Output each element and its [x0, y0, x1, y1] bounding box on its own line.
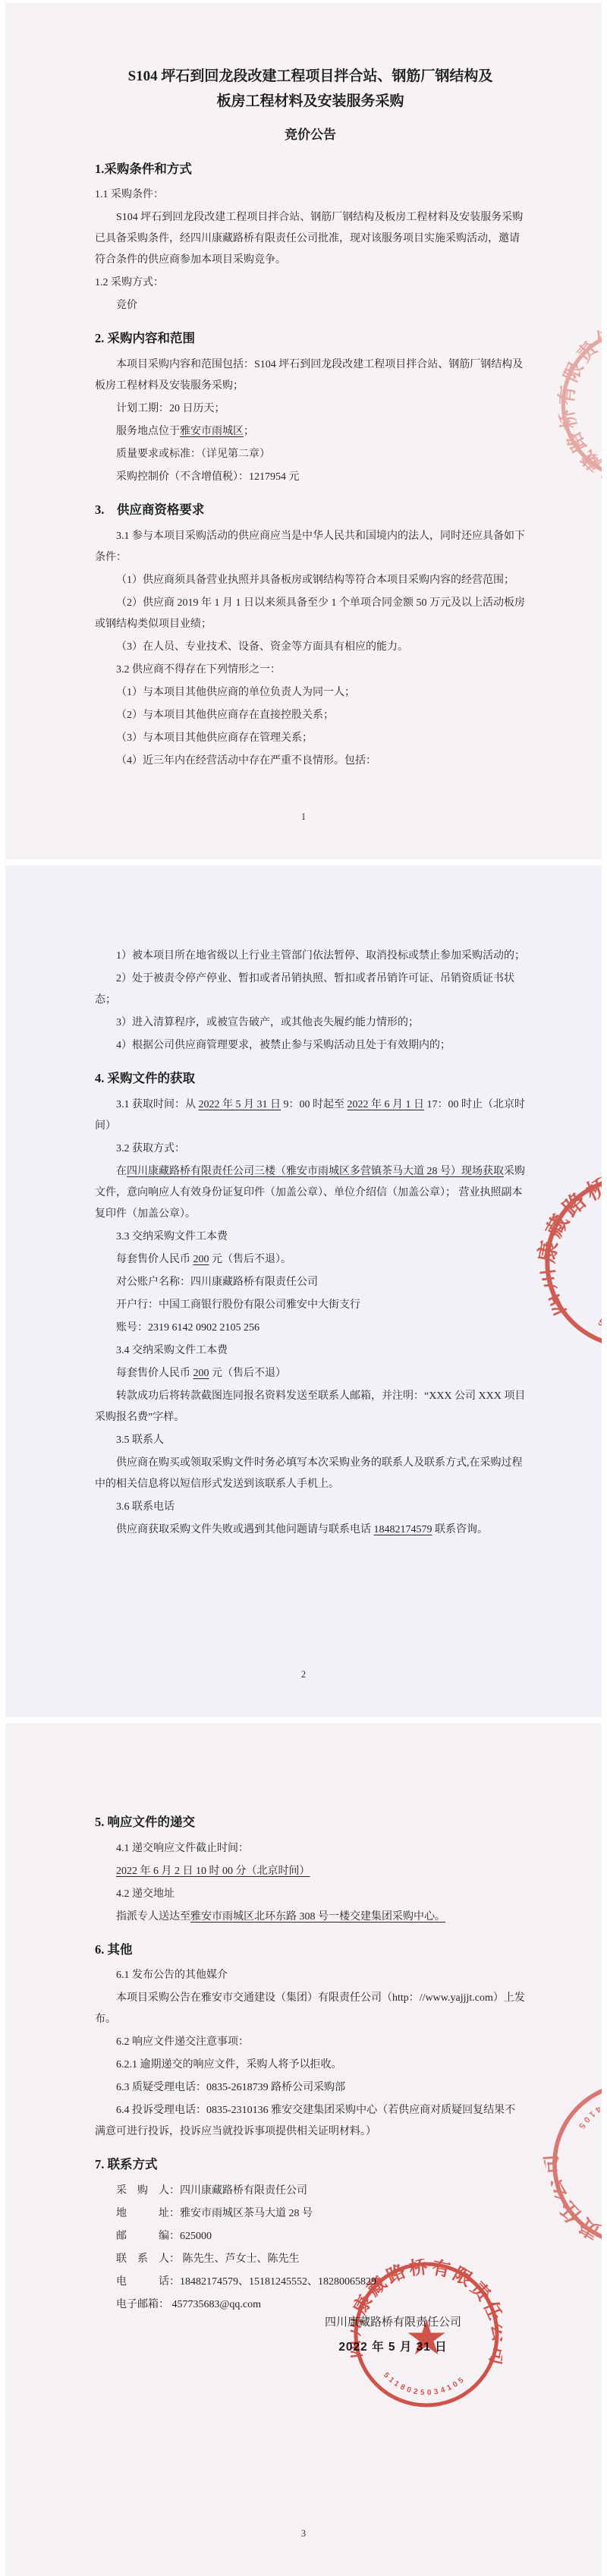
svg-text:四川康藏路桥有限责任公司: 四川康藏路桥有限责任公司	[517, 1148, 602, 1329]
scanned-document: S104 坪石到回龙段改建工程项目拌合站、钢筋厂钢结构及 板房工程材料及安装服务…	[0, 0, 607, 2576]
svg-text:5118025034105: 5118025034105	[572, 2082, 602, 2137]
fee1-amount: 200	[193, 1254, 209, 1265]
paragraph-3-1-3: （3）在人员、专业技术、设备、资金等方面具有相应的能力。	[95, 637, 526, 658]
contact-purchaser: 采 购 人：四川康藏路桥有限责任公司	[95, 2181, 526, 2202]
paragraph-3-2-4: （4）近三年内在经营活动中存在严重不良情形。包括：	[95, 751, 526, 772]
contact-postcode: 邮 编：625000	[95, 2226, 526, 2247]
paragraph-q3: 3）进入清算程序，或被宣告破产，或其他丧失履约能力情形的；	[95, 1012, 526, 1034]
title-line-1: S104 坪石到回龙段改建工程项目拌合站、钢筋厂钢结构及	[95, 64, 526, 89]
location-punct: ；	[244, 426, 254, 437]
paragraph-submit-addr-label: 4.2 递交地址	[95, 1884, 526, 1905]
paragraph-contact-note: 供应商在购买或领取采购文件时务必填写本次采购业务的联系人及联系方式,在采购过程中…	[95, 1453, 526, 1495]
heading-section-1: 1.采购条件和方式	[95, 158, 526, 181]
svg-text:5118025034105: 5118025034105	[594, 1289, 602, 1349]
fee2-pre: 每套售价人民币	[116, 1368, 193, 1379]
paragraph-fee-1: 每套售价人民币 200 元（售后不退）。	[95, 1249, 526, 1271]
svg-text:四川康藏路桥有限责任公司: 四川康藏路桥有限责任公司	[551, 318, 602, 491]
paragraph-query-phone: 6.3 质疑受理电话：0835-2618739 路桥公司采购部	[95, 2077, 526, 2099]
seal-company-text: 四川康藏路桥有限责任公司	[551, 318, 602, 491]
submit-addr-pre: 指派专人送达至	[116, 1911, 190, 1923]
obtain-time-end: 2022 年 6 月 1 日	[348, 1099, 425, 1110]
seal-code-text: 5118025034105	[572, 2082, 602, 2137]
paragraph-3-1-2: （2）供应商 2019 年 1 月 1 日以来须具备至少 1 个单项合同金额 5…	[95, 593, 526, 635]
paragraph-3-1-1: （1）供应商须具备营业执照并具备板房或钢结构等符合本项目采购内容的经营范围；	[95, 570, 526, 591]
heading-section-6: 6. 其他	[95, 1938, 526, 1961]
paragraph-complaint-phone: 6.4 投诉受理电话：0835-2310136 雅安交建集团采购中心（若供应商对…	[95, 2100, 526, 2143]
obtain-time-mid: 9：00 时起至	[281, 1099, 348, 1110]
paragraph-purchase-conditions: S104 坪石到回龙段改建工程项目拌合站、钢筋厂钢结构及板房工程材料及安装服务采…	[95, 207, 526, 271]
paragraph-bank: 开户行：中国工商银行股份有限公司雅安中大街支行	[95, 1295, 526, 1316]
deadline-datetime: 2022 年 6 月 2 日 10 时 00 分（北京时间）	[116, 1866, 310, 1877]
submit-addr-underlined: 雅安市雨城区北环东路 308 号一楼交建集团采购中心。	[190, 1911, 445, 1923]
fee1-post: 元（售后不退）。	[209, 1254, 292, 1265]
paragraph-3-2-2: （2）与本项目其他供应商存在直接控股关系；	[95, 705, 526, 726]
heading-section-7: 7. 联系方式	[95, 2153, 526, 2176]
seal-company-text: 四川康藏路桥有限责任公司	[517, 1148, 602, 1329]
paragraph-obtain-way: 在四川康藏路桥有限责任公司三楼（雅安市雨城区多营镇茶马大道 28 号）现场获取采…	[95, 1161, 526, 1225]
paragraph-obtain-time: 3.1 获取时间：从 2022 年 5 月 31 日 9：00 时起至 2022…	[95, 1094, 526, 1137]
paragraph-submit-addr: 指派专人送达至雅安市雨城区北环东路 308 号一楼交建集团采购中心。	[95, 1907, 526, 1928]
signature-date: 2022 年 5 月 31 日	[294, 2338, 492, 2354]
paragraph-q2: 2）处于被责令停产停业、暂扣或者吊销执照、暂扣或者吊销许可证、吊销资质证书状态；	[95, 968, 526, 1011]
page-number-3: 3	[5, 2528, 602, 2540]
help-phone-number: 18482174579	[374, 1524, 432, 1535]
svg-text:5118025034105: 5118025034105	[382, 2371, 466, 2397]
paragraph-3-2-3: （3）与本项目其他供应商存在管理关系；	[95, 728, 526, 749]
paragraph-deadline-label: 4.1 递交响应文件截止时间：	[95, 1838, 526, 1860]
company-seal-fragment: 四川康藏路桥有限责任公司 ★ 5118025034105	[551, 318, 602, 491]
obtain-time-text: 3.1 获取时间：从	[116, 1099, 199, 1110]
company-seal-fragment: 四川康藏路桥有限责任公司 ★ 5118025034105	[517, 1148, 602, 1376]
help-phone-pre: 供应商获取采购文件失败或遇到其他问题请与联系电话	[116, 1524, 374, 1535]
paragraph-deadline: 2022 年 6 月 2 日 10 时 00 分（北京时间）	[95, 1861, 526, 1882]
obtain-time-start: 2022 年 5 月 31 日	[199, 1099, 281, 1110]
paragraph-account-no: 账号：2319 6142 0902 2105 256	[95, 1318, 526, 1339]
title-line-2: 板房工程材料及安装服务采购	[95, 89, 526, 114]
sub-heading-3-6: 3.6 联系电话	[95, 1497, 526, 1518]
paragraph-quality: 质量要求或标准：（详见第二章）	[95, 444, 526, 465]
seal-company-text: 四川康藏路桥有限责任公司	[533, 2101, 602, 2271]
page-3: 5. 响应文件的递交 4.1 递交响应文件截止时间： 2022 年 6 月 2 …	[5, 1723, 602, 2576]
sub-heading-3-4: 3.4 交纳采购文件工本费	[95, 1340, 526, 1362]
sub-heading-3-5: 3.5 联系人	[95, 1430, 526, 1451]
sub-heading-3-2: 3.2 获取方式：	[95, 1138, 526, 1160]
seal-code-text: 5118025034105	[382, 2371, 466, 2397]
heading-section-2: 2. 采购内容和范围	[95, 327, 526, 350]
fee2-post: 元（售后不退）	[209, 1368, 287, 1379]
svg-text:四川康藏路桥有限责任公司: 四川康藏路桥有限责任公司	[533, 2101, 602, 2271]
paragraph-account-name: 对公账户名称：四川康藏路桥有限责任公司	[95, 1272, 526, 1293]
location-underlined: 雅安市雨城区	[180, 426, 244, 437]
document-title: S104 坪石到回龙段改建工程项目拌合站、钢筋厂钢结构及 板房工程材料及安装服务…	[95, 64, 526, 115]
heading-section-3: 3. 供应商资格要求	[95, 499, 526, 521]
sub-heading-6-2: 6.2 响应文件递交注意事项：	[95, 2032, 526, 2053]
company-seal-fragment: 四川康藏路桥有限责任公司 ★ 5118025034105	[527, 2057, 602, 2271]
contact-email: 电子邮箱： 457735683@qq.com	[95, 2294, 526, 2316]
page-2: 1）被本项目所在地省级以上行业主管部门依法暂停、取消投标或禁止参加采购活动的； …	[5, 865, 602, 1717]
seal-star-icon: ★	[601, 2124, 602, 2197]
paragraph-media: 本项目采购公告在雅安市交通建设（集团）有限责任公司（http：//www.yaj…	[95, 1988, 526, 2030]
seal-star-icon: ★	[598, 1227, 602, 1305]
sub-heading-6-1: 6.1 发布公告的其他媒介	[95, 1965, 526, 1986]
paragraph-fee-2: 每套售价人民币 200 元（售后不退）	[95, 1363, 526, 1384]
page-1: S104 坪石到回龙段改建工程项目拌合站、钢筋厂钢结构及 板房工程材料及安装服务…	[5, 3, 602, 859]
paragraph-3-1: 3.1 参与本项目采购活动的供应商应当是中华人民共和国境内的法人，同时还应具备如…	[95, 526, 526, 568]
sub-heading-3-3: 3.3 交纳采购文件工本费	[95, 1227, 526, 1248]
sub-heading-1-2: 1.2 采购方式：	[95, 272, 526, 294]
contact-phones: 电 话：18482174579、15181245552、18280065829	[95, 2272, 526, 2293]
fee1-pre: 每套售价人民币	[116, 1254, 193, 1265]
help-phone-post: 联系咨询。	[432, 1524, 489, 1535]
paragraph-purchase-method: 竞价	[95, 295, 526, 316]
fee2-amount: 200	[193, 1368, 209, 1379]
paragraph-q1: 1）被本项目所在地省级以上行业主管部门依法暂停、取消投标或禁止参加采购活动的；	[95, 946, 526, 967]
obtain-way-pre: 在	[116, 1166, 127, 1177]
contact-address: 地 址：雅安市雨城区茶马大道 28 号	[95, 2203, 526, 2225]
paragraph-location: 服务地点位于雅安市雨城区；	[95, 421, 526, 442]
heading-section-5: 5. 响应文件的递交	[95, 1811, 526, 1834]
signature-block: 四川康藏路桥有限责任公司 2022 年 5 月 31 日	[294, 2313, 492, 2354]
sub-heading-1-1: 1.1 采购条件：	[95, 184, 526, 206]
heading-section-4: 4. 采购文件的获取	[95, 1067, 526, 1090]
page-number-1: 1	[5, 811, 602, 823]
seal-code-text: 5118025034105	[594, 1289, 602, 1349]
location-text: 服务地点位于	[116, 426, 180, 437]
paragraph-q4: 4）根据公司供应商管理要求，被禁止参与采购活动且处于有效期内的；	[95, 1035, 526, 1057]
paragraph-3-2: 3.2 供应商不得存在下列情形之一：	[95, 660, 526, 681]
paragraph-transfer-note: 转款成功后将转款截图连同报名资料发送至联系人邮箱，并注明：“XXX 公司 XXX…	[95, 1386, 526, 1428]
contact-persons: 联 系 人： 陈先生、芦女士、陈先生	[95, 2249, 526, 2270]
paragraph-help-phone: 供应商获取采购文件失败或遇到其他问题请与联系电话 18482174579 联系咨…	[95, 1519, 526, 1541]
document-subtitle: 竞价公告	[95, 124, 526, 143]
page-number-2: 2	[5, 1669, 602, 1680]
paragraph-duration: 计划工期：20 日历天；	[95, 398, 526, 420]
paragraph-6-2-1: 6.2.1 逾期递交的响应文件，采购人将予以拒收。	[95, 2055, 526, 2076]
signature-company: 四川康藏路桥有限责任公司	[294, 2313, 492, 2329]
paragraph-3-2-1: （1）与本项目其他供应商的单位负责人为同一人；	[95, 682, 526, 704]
paragraph-budget: 采购控制价（不含增值税）：1217954 元	[95, 467, 526, 488]
obtain-way-address: 四川康藏路桥有限责任公司三楼（雅安市雨城区多营镇茶马大道 28 号）现场获取	[127, 1166, 504, 1177]
paragraph-scope: 本项目采购内容和范围包括：S104 坪石到回龙段改建工程项目拌合站、钢筋厂钢结构…	[95, 354, 526, 397]
